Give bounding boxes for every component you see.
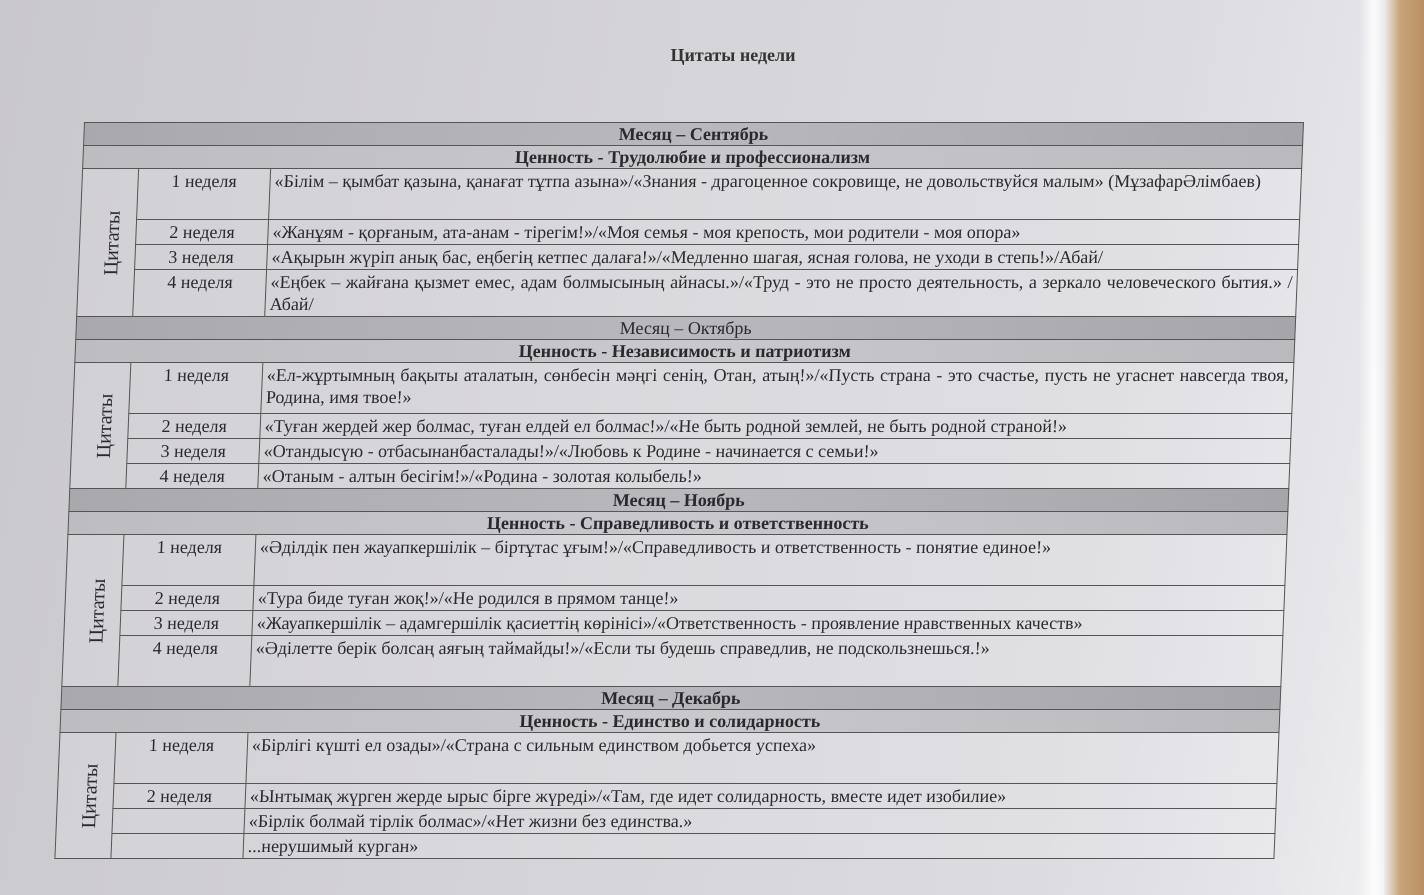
week-label: 4 неделя (133, 270, 267, 317)
month-header: Месяц – Декабрь (61, 687, 1281, 710)
month-header-row: Месяц – Октябрь (76, 317, 1296, 340)
quote-text: «Бірлігі күшті ел озады»/«Страна с сильн… (246, 733, 1279, 784)
week-row: 4 неделя«Әділетте берік болсаң аяғың тай… (62, 636, 1283, 687)
week-row: 3 неделя«Отандысүю - отбасынанбасталады!… (71, 439, 1291, 464)
quotes-row-label: Цитаты (62, 535, 124, 687)
quote-text: «Тура биде туған жоқ!»/«Не родился в пря… (253, 586, 1285, 611)
week-row: Цитаты1 неделя«Әділдік пен жауапкершілік… (66, 535, 1287, 586)
quote-text: «Ақырын жүріп анық бас, еңбегің кетпес д… (267, 245, 1299, 270)
value-header: Ценность - Независимость и патриотизм (75, 340, 1295, 363)
quotes-row-label: Цитаты (55, 733, 116, 859)
quote-text: «Отаным - алтын бесігім!»/«Родина - золо… (258, 464, 1290, 489)
quote-text: «Ынтымақ жүрген жерде ырыс бірге жүреді»… (245, 784, 1277, 809)
week-label (112, 809, 245, 834)
month-header-row: Месяц – Ноябрь (69, 489, 1289, 512)
quotes-row-label-text: Цитаты (93, 393, 118, 458)
quote-text: «Әділдік пен жауапкершілік – біртұтас ұғ… (254, 535, 1287, 586)
week-label: 4 неделя (126, 464, 259, 489)
value-header: Ценность - Единство и солидарность (60, 710, 1280, 733)
week-label: 3 неделя (120, 611, 253, 636)
week-label: 1 неделя (137, 169, 271, 220)
week-row: 2 неделя«Ынтымақ жүрген жерде ырыс бірге… (57, 784, 1277, 809)
month-header: Месяц – Октябрь (76, 317, 1296, 340)
month-header: Месяц – Ноябрь (69, 489, 1289, 512)
week-row: ...нерушимый курган» (55, 834, 1275, 859)
week-label: 2 неделя (136, 220, 269, 245)
week-row: Цитаты1 неделя«Ел-жұртымның бақыты атала… (73, 363, 1294, 414)
value-header-row: Ценность - Трудолюбие и профессионализм (83, 146, 1303, 169)
week-label: 1 неделя (114, 733, 248, 784)
quote-text: «Отандысүю - отбасынанбасталады!»/«Любов… (259, 439, 1291, 464)
quote-text: «Еңбек – жайғана қызмет емес, адам болмы… (265, 270, 1298, 317)
week-row: 2 неделя«Жанұям - қорғаным, ата-анам - т… (80, 220, 1300, 245)
quote-text: «Ел-жұртымның бақыты аталатын, сөнбесін … (261, 363, 1294, 414)
quotes-row-label: Цитаты (77, 169, 139, 317)
month-header-row: Месяц – Сентябрь (84, 123, 1304, 146)
week-label: 4 неделя (118, 636, 252, 687)
value-header-row: Ценность - Справедливость и ответственно… (68, 512, 1288, 535)
week-label: 1 неделя (129, 363, 263, 414)
quote-text: «Бірлік болмай тірлік болмас»/«Нет жизни… (244, 809, 1276, 834)
week-row: 3 неделя«Ақырын жүріп анық бас, еңбегің … (79, 245, 1299, 270)
value-header-row: Ценность - Единство и солидарность (60, 710, 1280, 733)
month-header: Месяц – Сентябрь (84, 123, 1304, 146)
quote-text: «Жанұям - қорғаным, ата-анам - тірегім!»… (268, 220, 1300, 245)
quotes-table-sheet: Месяц – СентябрьЦенность - Трудолюбие и … (54, 122, 1304, 859)
week-row: 4 неделя«Еңбек – жайғана қызмет емес, ад… (77, 270, 1298, 317)
week-row: Цитаты1 неделя«Білім – қымбат қазына, қа… (81, 169, 1302, 220)
quote-text: «Туған жердей жер болмас, туған елдей ел… (260, 414, 1292, 439)
value-header: Ценность - Справедливость и ответственно… (68, 512, 1288, 535)
week-label: 2 неделя (128, 414, 261, 439)
week-label: 1 неделя (122, 535, 256, 586)
week-row: Цитаты1 неделя«Бірлігі күшті ел озады»/«… (58, 733, 1279, 784)
month-header-row: Месяц – Декабрь (61, 687, 1281, 710)
quotes-row-label: Цитаты (70, 363, 131, 489)
week-label: 3 неделя (127, 439, 260, 464)
week-row: 2 неделя«Тура биде туған жоқ!»/«Не родил… (65, 586, 1285, 611)
document-title: Цитаты недели (0, 45, 1424, 66)
week-row: 3 неделя«Жауапкершілік – адамгершілік қа… (64, 611, 1284, 636)
quotes-table: Месяц – СентябрьЦенность - Трудолюбие и … (54, 122, 1304, 859)
quote-text: «Әділетте берік болсаң аяғың таймайды!»/… (250, 636, 1283, 687)
value-header: Ценность - Трудолюбие и профессионализм (83, 146, 1303, 169)
quote-text: ...нерушимый курган» (243, 834, 1275, 859)
week-label: 3 неделя (135, 245, 268, 270)
week-label: 2 неделя (121, 586, 254, 611)
week-label: 2 неделя (113, 784, 246, 809)
week-label (111, 834, 244, 859)
value-header-row: Ценность - Независимость и патриотизм (75, 340, 1295, 363)
quotes-row-label-text: Цитаты (85, 578, 110, 643)
week-row: 2 неделя«Туған жердей жер болмас, туған … (72, 414, 1292, 439)
quote-text: «Білім – қымбат қазына, қанағат тұтпа аз… (269, 169, 1302, 220)
week-row: 4 неделя«Отаным - алтын бесігім!»/«Родин… (70, 464, 1290, 489)
quotes-row-label-text: Цитаты (100, 210, 125, 275)
week-row: «Бірлік болмай тірлік болмас»/«Нет жизни… (56, 809, 1276, 834)
quote-text: «Жауапкершілік – адамгершілік қасиеттің … (252, 611, 1284, 636)
desk-surface (1384, 0, 1424, 895)
quotes-row-label-text: Цитаты (78, 763, 103, 828)
